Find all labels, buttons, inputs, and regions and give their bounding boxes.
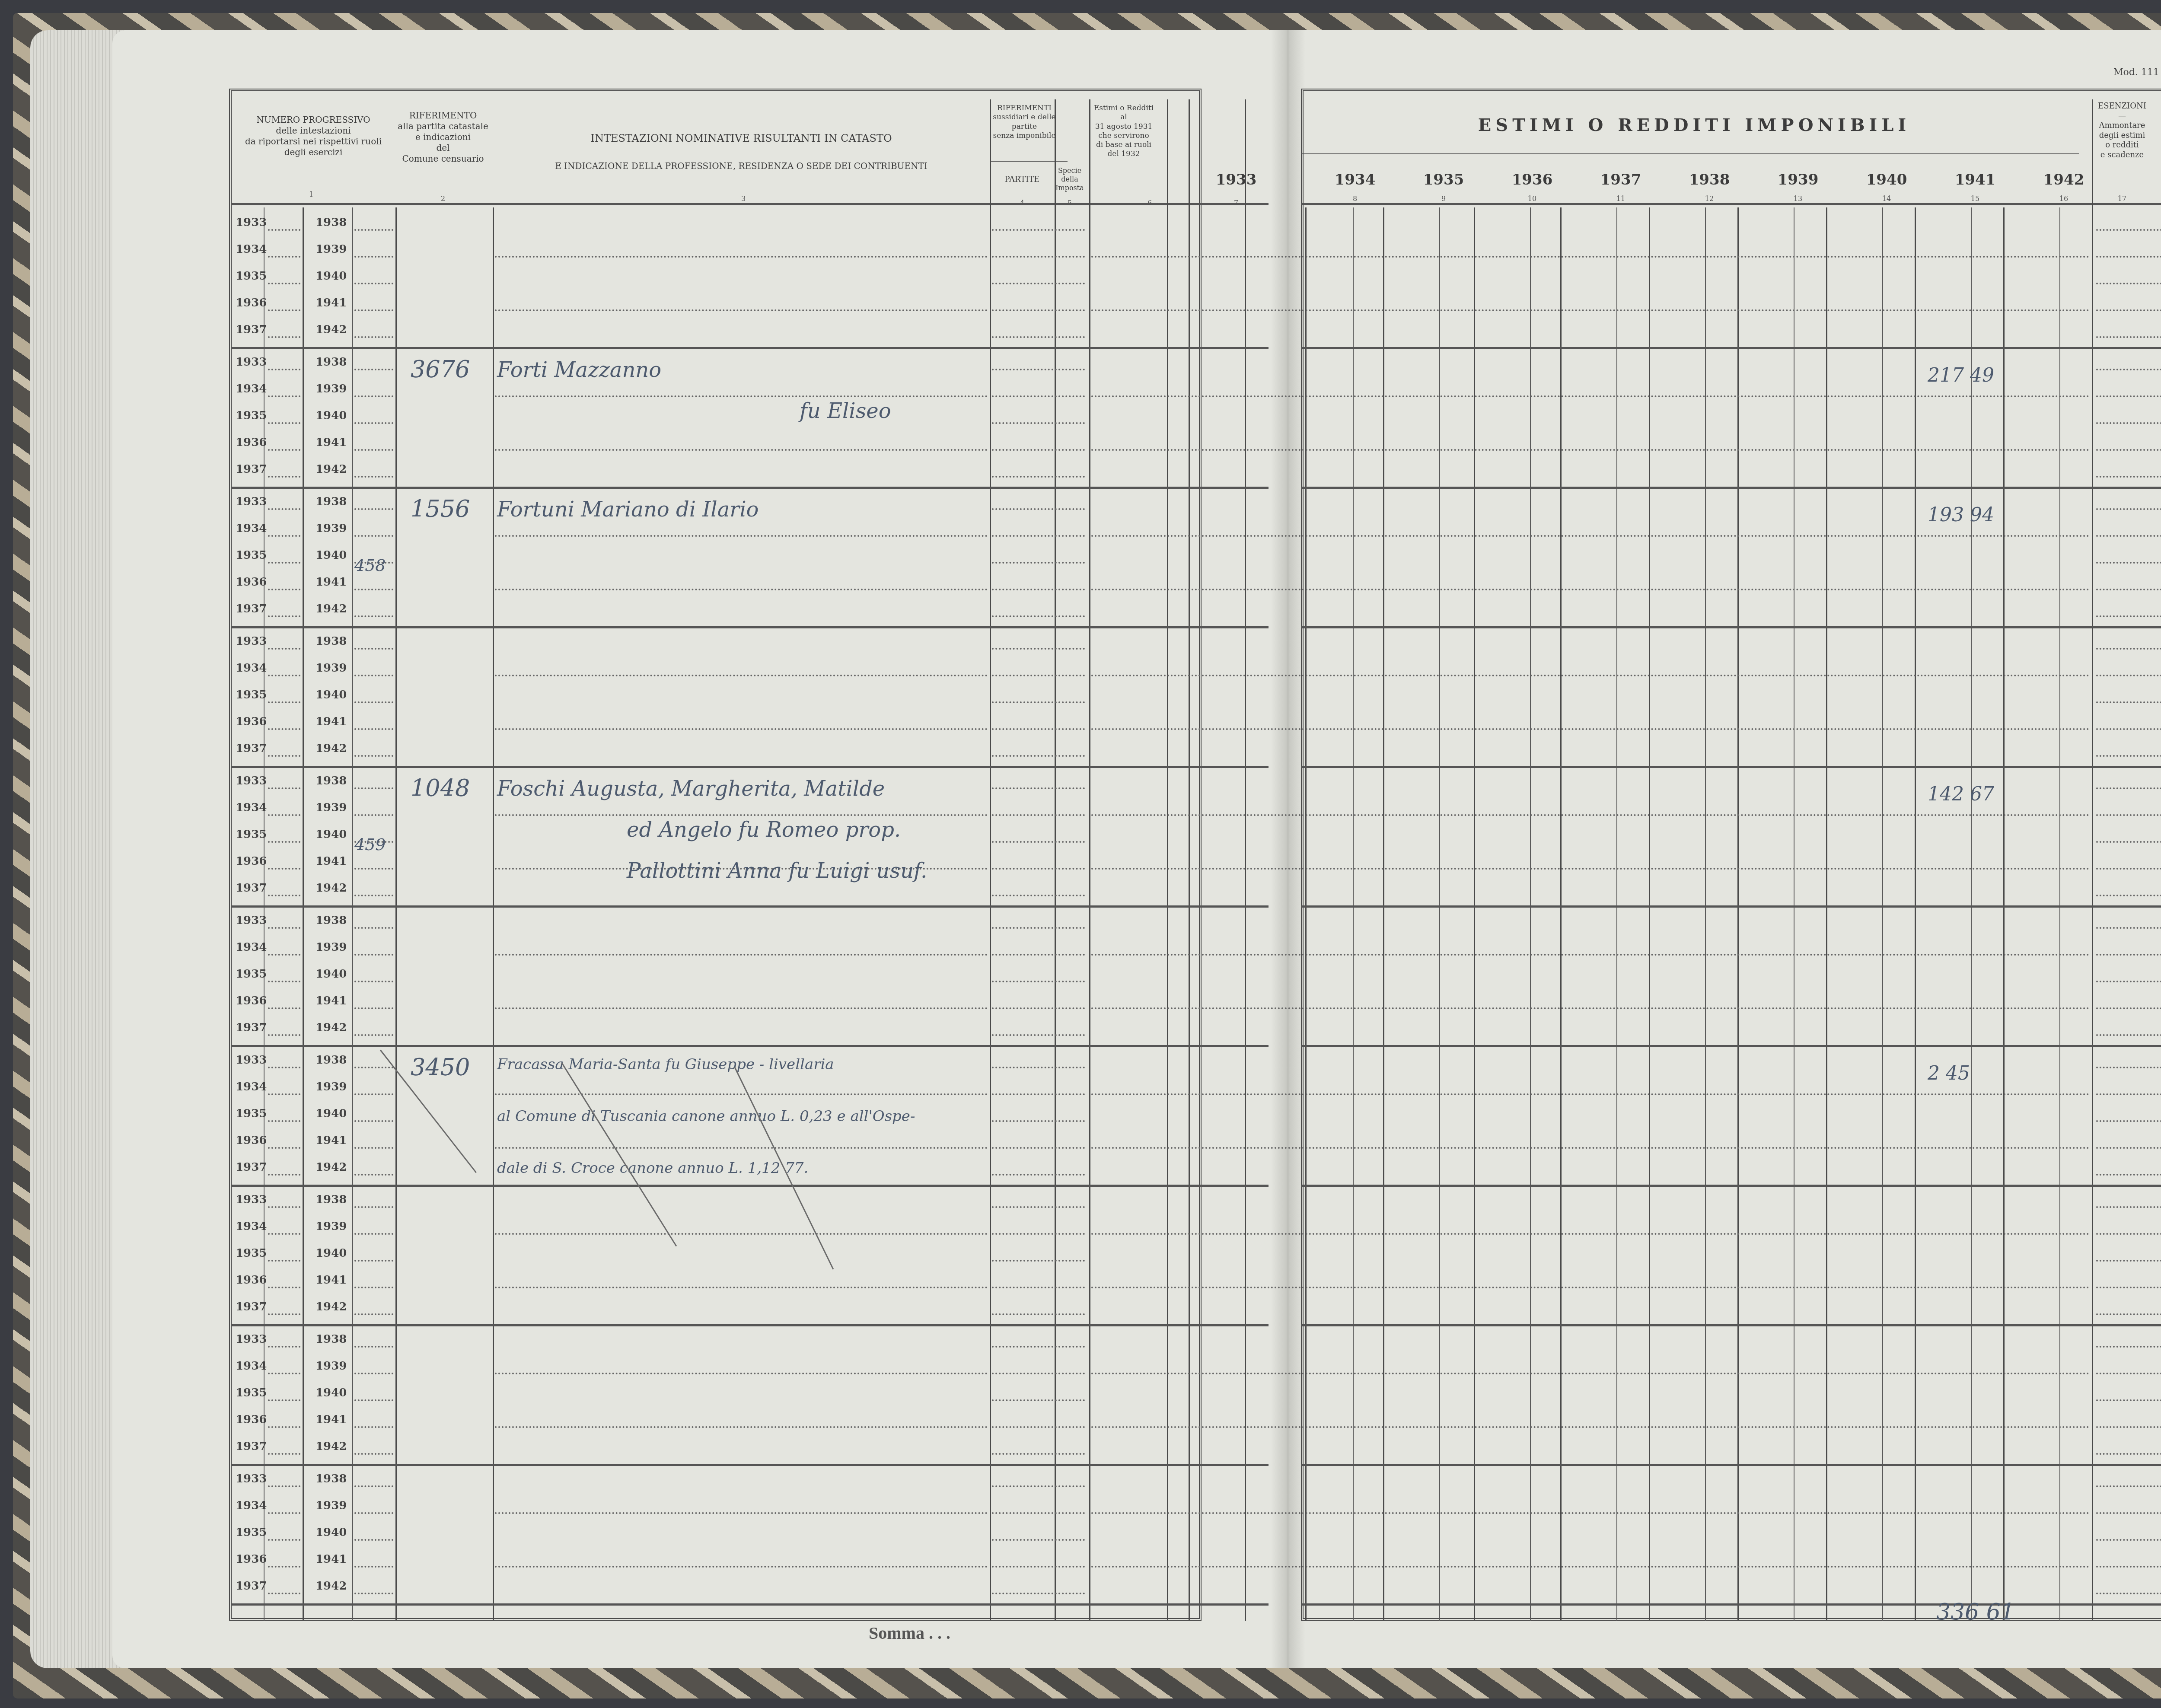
dotted-line xyxy=(992,256,1085,258)
specie-line: della xyxy=(1055,175,1085,184)
riferimenti-line: senza imponibile xyxy=(990,131,1059,140)
estimi-1931-line: 31 agosto 1931 xyxy=(1091,122,1156,131)
year-header-1934: 1934 xyxy=(1323,171,1387,189)
row-year-left: 1937 xyxy=(236,1300,267,1313)
dotted-line xyxy=(268,1453,300,1455)
row-year-right: 1939 xyxy=(316,1360,347,1373)
dotted-line xyxy=(2096,229,2161,231)
partita-number: 3676 xyxy=(411,356,470,383)
dotted-line xyxy=(268,1566,300,1568)
dotted-line xyxy=(992,1120,1085,1122)
dotted-line xyxy=(354,895,393,896)
year-col-number: 15 xyxy=(1969,194,1982,203)
row-year-left: 1934 xyxy=(236,382,267,395)
row-year-left: 1935 xyxy=(236,828,267,841)
row-year-right: 1941 xyxy=(316,715,347,728)
dotted-line xyxy=(2096,1512,2161,1514)
estimi-1931-number: 6 xyxy=(1143,199,1156,207)
row-year-left: 1937 xyxy=(236,323,267,336)
col1-header-line: delle intestazioni xyxy=(231,125,395,136)
dotted-line xyxy=(2096,1426,2161,1428)
amount-1941: 2 45 xyxy=(1928,1062,1970,1084)
row-year-right: 1939 xyxy=(316,243,347,256)
dotted-line xyxy=(354,1206,393,1208)
dotted-line xyxy=(354,927,393,929)
dotted-line xyxy=(992,701,1085,703)
dotted-line xyxy=(268,476,300,478)
dotted-line xyxy=(992,814,1085,816)
dotted-line xyxy=(2096,868,2161,870)
dotted-line xyxy=(2096,476,2161,478)
dotted-line xyxy=(268,1399,300,1401)
dotted-line xyxy=(354,336,393,338)
dotted-line xyxy=(354,309,393,311)
dotted-line xyxy=(2096,1206,2161,1208)
dotted-line xyxy=(2096,369,2161,370)
dotted-line xyxy=(2096,1313,2161,1315)
dotted-line xyxy=(354,1593,393,1594)
dotted-line xyxy=(495,728,988,730)
intestazione-line: Foschi Augusta, Margherita, Matilde xyxy=(497,777,885,801)
row-year-right: 1941 xyxy=(316,855,347,868)
row-year-left: 1935 xyxy=(236,1386,267,1399)
col1-header: NUMERO PROGRESSIVO delle intestazioni da… xyxy=(231,115,395,158)
dotted-line xyxy=(1091,1373,2090,1374)
column-rule xyxy=(493,207,494,1621)
dotted-line xyxy=(495,1093,988,1095)
dotted-line xyxy=(268,927,300,929)
col2-header-line: RIFERIMENTO xyxy=(395,110,491,121)
row-year-right: 1940 xyxy=(316,549,347,562)
dotted-line xyxy=(992,1512,1085,1514)
row-year-right: 1942 xyxy=(316,1021,347,1034)
dotted-line xyxy=(495,1007,988,1009)
book-gutter xyxy=(1271,30,1305,1668)
dotted-line xyxy=(354,1453,393,1455)
col1-header-line: da riportarsi nei rispettivi ruoli xyxy=(231,136,395,147)
dotted-line xyxy=(992,1426,1085,1428)
dotted-line xyxy=(1091,1093,2090,1095)
row-year-right: 1938 xyxy=(316,1193,347,1206)
row-year-left: 1936 xyxy=(236,715,267,728)
dotted-line xyxy=(268,1287,300,1288)
row-year-right: 1942 xyxy=(316,463,347,476)
dotted-line xyxy=(495,1373,988,1374)
dotted-line xyxy=(268,675,300,676)
dotted-line xyxy=(2096,535,2161,537)
year-col-number: 8 xyxy=(1348,194,1361,203)
dotted-line xyxy=(268,256,300,258)
row-year-right: 1942 xyxy=(316,742,347,755)
row-year-left: 1933 xyxy=(236,216,267,229)
dotted-line xyxy=(354,1566,393,1568)
row-year-left: 1934 xyxy=(236,662,267,675)
dotted-line xyxy=(2096,954,2161,956)
dotted-line xyxy=(992,868,1085,870)
row-year-left: 1935 xyxy=(236,968,267,981)
dotted-line xyxy=(2096,562,2161,564)
dotted-line xyxy=(268,755,300,757)
riferimenti-rule xyxy=(990,161,1068,162)
dotted-line xyxy=(2096,927,2161,929)
dotted-line xyxy=(268,841,300,843)
dotted-line xyxy=(268,229,300,231)
dotted-line xyxy=(354,675,393,676)
total-rule xyxy=(1301,1603,2161,1606)
dotted-line xyxy=(992,787,1085,789)
dotted-line xyxy=(2096,1539,2161,1541)
row-year-right: 1941 xyxy=(316,576,347,589)
dotted-line xyxy=(2096,895,2161,896)
column-rule xyxy=(1189,99,1190,1621)
dotted-line xyxy=(992,648,1085,650)
estimi-1931-header: Estimi o Redditi al 31 agosto 1931 che s… xyxy=(1091,104,1156,159)
column-rule xyxy=(1167,99,1168,1621)
row-year-left: 1933 xyxy=(236,1054,267,1067)
dotted-line xyxy=(992,562,1085,564)
partite-header: PARTITE xyxy=(990,175,1055,185)
row-rule xyxy=(231,626,1269,628)
intestazione-line: Pallottini Anna fu Luigi usuf. xyxy=(627,859,927,883)
dotted-line xyxy=(2096,422,2161,424)
dotted-line xyxy=(2096,841,2161,843)
row-year-right: 1938 xyxy=(316,216,347,229)
col2-header: RIFERIMENTO alla partita catastale e ind… xyxy=(395,110,491,164)
column-rule xyxy=(2003,207,2005,1621)
dotted-line xyxy=(268,1373,300,1374)
dotted-line xyxy=(495,1147,988,1149)
dotted-line xyxy=(992,508,1085,510)
dotted-line xyxy=(354,1346,393,1348)
row-year-left: 1935 xyxy=(236,549,267,562)
year-col-number: 12 xyxy=(1703,194,1716,203)
dotted-line xyxy=(268,1260,300,1262)
row-year-right: 1941 xyxy=(316,296,347,309)
row-year-left: 1936 xyxy=(236,1553,267,1566)
column-rule xyxy=(1439,207,1440,1621)
dotted-line xyxy=(495,1566,988,1568)
dotted-line xyxy=(2096,1399,2161,1401)
col2-header-line: alla partita catastale xyxy=(395,121,491,132)
dotted-line xyxy=(268,1034,300,1036)
col1-number: 1 xyxy=(303,190,320,198)
partite-number: 4 xyxy=(1016,199,1029,207)
somma-1941-value: 336 61 xyxy=(1936,1599,2015,1625)
dotted-line xyxy=(2096,1346,2161,1348)
year-header-1940: 1940 xyxy=(1854,171,1919,189)
row-year-right: 1942 xyxy=(316,602,347,615)
dotted-line xyxy=(2096,615,2161,617)
row-year-right: 1939 xyxy=(316,1499,347,1512)
row-year-left: 1935 xyxy=(236,688,267,701)
esenzioni-header: ESENZIONI — Ammontare degli estimi o red… xyxy=(2088,102,2157,160)
row-rule xyxy=(231,347,1269,349)
row-rule xyxy=(231,1464,1269,1466)
row-year-left: 1935 xyxy=(236,1526,267,1539)
esenzioni-number: 17 xyxy=(2116,194,2129,203)
row-year-left: 1934 xyxy=(236,1360,267,1373)
dotted-line xyxy=(2096,1147,2161,1149)
row-rule xyxy=(1301,905,2161,908)
dotted-line xyxy=(354,868,393,870)
dotted-line xyxy=(992,1034,1085,1036)
dotted-line xyxy=(268,615,300,617)
dotted-line xyxy=(354,1034,393,1036)
dotted-line xyxy=(2096,256,2161,258)
progressivo-number: 458 xyxy=(354,556,386,575)
row-year-right: 1942 xyxy=(316,1161,347,1174)
row-year-left: 1937 xyxy=(236,882,267,895)
row-year-right: 1940 xyxy=(316,968,347,981)
dotted-line xyxy=(992,675,1085,676)
column-rule xyxy=(990,99,991,1621)
amount-1941: 142 67 xyxy=(1928,783,1994,805)
row-year-left: 1934 xyxy=(236,243,267,256)
dotted-line xyxy=(992,927,1085,929)
dotted-line xyxy=(495,309,988,311)
column-rule xyxy=(1560,207,1562,1621)
row-year-left: 1934 xyxy=(236,941,267,954)
dotted-line xyxy=(268,1206,300,1208)
row-year-right: 1940 xyxy=(316,270,347,283)
row-year-right: 1941 xyxy=(316,1134,347,1147)
column-rule xyxy=(1705,207,1706,1621)
column-rule xyxy=(1474,207,1475,1621)
dotted-line xyxy=(1091,868,2090,870)
dotted-line xyxy=(495,1426,988,1428)
row-year-right: 1938 xyxy=(316,1333,347,1346)
dotted-line xyxy=(495,395,988,397)
dotted-line xyxy=(2096,1260,2161,1262)
dotted-line xyxy=(1091,728,2090,730)
dotted-line xyxy=(268,648,300,650)
column-rule xyxy=(1089,99,1090,1621)
dotted-line xyxy=(354,1313,393,1315)
dotted-line xyxy=(1091,589,2090,590)
dotted-line xyxy=(495,1233,988,1235)
dotted-line xyxy=(2096,755,2161,757)
dotted-line xyxy=(354,1512,393,1514)
dotted-line xyxy=(495,589,988,590)
dotted-line xyxy=(268,1485,300,1487)
dotted-line xyxy=(268,1093,300,1095)
dotted-line xyxy=(992,895,1085,896)
riferimenti-header: RIFERIMENTI sussidiari e delle partite s… xyxy=(990,104,1059,140)
row-rule xyxy=(231,905,1269,908)
dotted-line xyxy=(992,1174,1085,1176)
row-year-right: 1941 xyxy=(316,1553,347,1566)
dotted-line xyxy=(2096,1593,2161,1594)
row-year-left: 1936 xyxy=(236,296,267,309)
dotted-line xyxy=(2096,728,2161,730)
row-year-right: 1940 xyxy=(316,409,347,422)
column-rule xyxy=(2092,99,2093,1621)
dotted-line xyxy=(268,814,300,816)
dotted-line xyxy=(2096,1566,2161,1568)
row-year-right: 1942 xyxy=(316,1440,347,1453)
year-col-number: 11 xyxy=(1614,194,1627,203)
dotted-line xyxy=(268,1067,300,1068)
intestazione-line: dale di S. Croce canone annuo L. 1,12 77… xyxy=(497,1160,808,1177)
dotted-line xyxy=(2096,675,2161,676)
dotted-line xyxy=(268,1426,300,1428)
dotted-line xyxy=(2096,589,2161,590)
dotted-line xyxy=(1091,449,2090,451)
dotted-line xyxy=(2096,701,2161,703)
dotted-line xyxy=(354,1373,393,1374)
column-rule xyxy=(1305,207,1307,1621)
dotted-line xyxy=(268,395,300,397)
dotted-line xyxy=(268,701,300,703)
dotted-line xyxy=(2096,648,2161,650)
row-year-left: 1933 xyxy=(236,495,267,508)
row-year-right: 1942 xyxy=(316,1580,347,1593)
dotted-line xyxy=(354,589,393,590)
row-year-left: 1936 xyxy=(236,1274,267,1287)
dotted-line xyxy=(992,1313,1085,1315)
row-year-left: 1936 xyxy=(236,994,267,1007)
dotted-line xyxy=(2096,1233,2161,1235)
row-year-right: 1938 xyxy=(316,356,347,369)
dotted-line xyxy=(2096,449,2161,451)
row-rule xyxy=(1301,487,2161,489)
row-year-right: 1942 xyxy=(316,1300,347,1313)
intestazione-line: ed Angelo fu Romeo prop. xyxy=(627,818,901,842)
dotted-line xyxy=(992,1346,1085,1348)
dotted-line xyxy=(354,1399,393,1401)
dotted-line xyxy=(1091,256,2090,258)
dotted-line xyxy=(268,508,300,510)
row-year-left: 1933 xyxy=(236,774,267,787)
dotted-line xyxy=(992,1399,1085,1401)
row-year-right: 1939 xyxy=(316,801,347,814)
column-rule xyxy=(395,207,397,1621)
dotted-line xyxy=(354,1287,393,1288)
row-year-left: 1936 xyxy=(236,436,267,449)
dotted-line xyxy=(2096,395,2161,397)
dotted-line xyxy=(495,675,988,676)
dotted-line xyxy=(992,755,1085,757)
row-year-left: 1937 xyxy=(236,1161,267,1174)
row-rule xyxy=(1301,1045,2161,1047)
progressivo-number: 459 xyxy=(354,835,386,854)
esenzioni-line: o redditi xyxy=(2088,140,2157,150)
dotted-line xyxy=(495,535,988,537)
esenzioni-line: ESENZIONI xyxy=(2088,102,2157,112)
year-header-1939: 1939 xyxy=(1766,171,1830,189)
dotted-line xyxy=(495,449,988,451)
dotted-line xyxy=(992,1206,1085,1208)
dotted-line xyxy=(992,336,1085,338)
row-year-right: 1940 xyxy=(316,828,347,841)
intestazione-line: Fortuni Mariano di Ilario xyxy=(497,497,759,522)
row-year-right: 1939 xyxy=(316,522,347,535)
column-rule xyxy=(1383,207,1384,1621)
dotted-line xyxy=(268,1593,300,1594)
page-edges-left xyxy=(30,30,125,1668)
row-rule xyxy=(231,1185,1269,1187)
partita-number: 1556 xyxy=(411,495,470,523)
dotted-line xyxy=(354,476,393,478)
dotted-line xyxy=(992,1566,1085,1568)
row-year-right: 1940 xyxy=(316,1526,347,1539)
esenzioni-line: — xyxy=(2088,112,2157,121)
row-year-left: 1936 xyxy=(236,1413,267,1426)
dotted-line xyxy=(992,535,1085,537)
column-rule xyxy=(1616,207,1617,1621)
row-year-left: 1937 xyxy=(236,463,267,476)
year-col-number: 14 xyxy=(1880,194,1893,203)
dotted-line xyxy=(354,1093,393,1095)
dotted-line xyxy=(354,283,393,284)
dotted-line xyxy=(268,1346,300,1348)
row-year-right: 1938 xyxy=(316,1054,347,1067)
dotted-line xyxy=(992,229,1085,231)
dotted-line xyxy=(354,1007,393,1009)
row-rule xyxy=(1301,1464,2161,1466)
dotted-line xyxy=(992,1593,1085,1594)
dotted-line xyxy=(2096,1287,2161,1288)
row-rule xyxy=(231,1324,1269,1326)
dotted-line xyxy=(268,1539,300,1541)
dotted-line xyxy=(354,728,393,730)
dotted-line xyxy=(992,395,1085,397)
dotted-line xyxy=(2096,787,2161,789)
dotted-line xyxy=(992,1007,1085,1009)
row-year-right: 1938 xyxy=(316,635,347,648)
somma-label: Somma . . . xyxy=(869,1623,950,1643)
dotted-line xyxy=(268,895,300,896)
dotted-line xyxy=(992,1067,1085,1068)
year-1933-number: 7 xyxy=(1230,199,1243,207)
row-year-left: 1935 xyxy=(236,1107,267,1120)
col1-header-line: NUMERO PROGRESSIVO xyxy=(231,115,395,125)
form-id: Mod. 111 - Imposte Dirette (Intercalare)… xyxy=(2113,67,2161,78)
row-year-right: 1939 xyxy=(316,662,347,675)
amount-1941: 193 94 xyxy=(1928,504,1994,526)
dotted-line xyxy=(2096,1067,2161,1068)
col2-header-line: del xyxy=(395,143,491,153)
dotted-line xyxy=(2096,309,2161,311)
dotted-line xyxy=(2096,283,2161,284)
specie-header: Specie della Imposta xyxy=(1055,166,1085,192)
col3-subtitle: E INDICAZIONE DELLA PROFESSIONE, RESIDEN… xyxy=(497,161,985,172)
row-rule xyxy=(231,766,1269,768)
row-year-left: 1933 xyxy=(236,1193,267,1206)
year-col-number: 13 xyxy=(1791,194,1804,203)
estimi-1931-line: di base ai ruoli xyxy=(1091,140,1156,150)
row-rule xyxy=(1301,626,2161,628)
row-year-left: 1937 xyxy=(236,1021,267,1034)
column-rule xyxy=(1882,207,1883,1621)
dotted-line xyxy=(992,422,1085,424)
dotted-line xyxy=(2096,1174,2161,1176)
row-year-left: 1937 xyxy=(236,1580,267,1593)
row-year-left: 1934 xyxy=(236,1499,267,1512)
year-header-1937: 1937 xyxy=(1588,171,1653,189)
row-rule xyxy=(231,487,1269,489)
row-year-right: 1941 xyxy=(316,1274,347,1287)
col3-number: 3 xyxy=(735,194,752,203)
row-rule xyxy=(1301,347,2161,349)
dotted-line xyxy=(268,1233,300,1235)
dotted-line xyxy=(268,1512,300,1514)
row-year-right: 1939 xyxy=(316,382,347,395)
dotted-line xyxy=(992,369,1085,370)
dotted-line xyxy=(268,422,300,424)
row-year-left: 1933 xyxy=(236,1333,267,1346)
dotted-line xyxy=(268,1147,300,1149)
